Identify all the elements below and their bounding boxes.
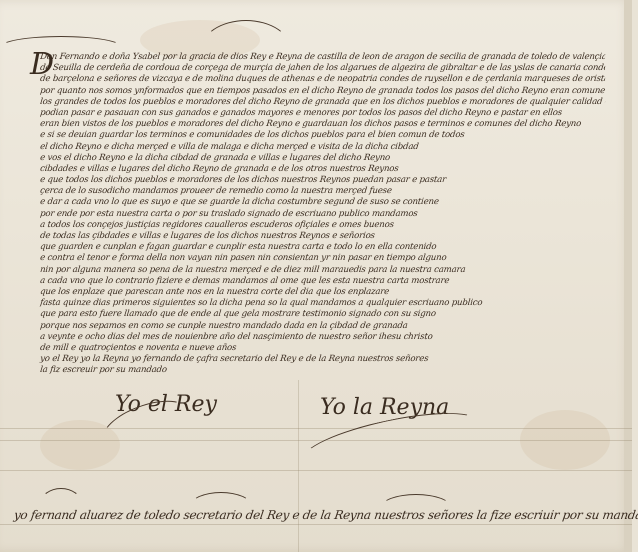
text-line: podian pasar e pasauan con sus ganados e… [39, 108, 605, 119]
fold-line [0, 440, 632, 441]
text-line: e si se deuian guardar los terminos e co… [39, 130, 605, 141]
text-line: eran bien vistos de los pueblos e morado… [39, 119, 605, 130]
text-line: por ende por esta nuestra carta o por su… [39, 209, 605, 220]
text-line: por quanto nos somos ynformados que en t… [39, 86, 605, 97]
secretary-subscription: yo fernand aluarez de toledo secretario … [13, 508, 638, 522]
text-line: de mill e quatroçientos e noventa e nuev… [39, 343, 605, 354]
manuscript-page: D Don Fernando e doña Ysabel por la grac… [0, 0, 632, 552]
text-line: el dicho Reyno e dicha merçed e villa de… [39, 142, 605, 153]
text-line: porque nos sepamos en como se cunple nue… [39, 321, 605, 332]
text-line: çerca de lo susodicho mandamos proueer d… [39, 186, 605, 197]
text-line: la fiz escreuir por su mandado [39, 365, 605, 376]
text-line: que guarden e cunplan e fagan guardar e … [39, 242, 605, 253]
text-line: de barçelona e señores de vizcaya e de m… [39, 74, 605, 85]
text-line: de todas las çibdades e villas e lugares… [39, 231, 605, 242]
text-line: a cada vno que lo contrario fiziere e de… [39, 276, 605, 287]
text-line: e contra el tenor e forma della non vaya… [39, 253, 605, 264]
fold-line [0, 428, 632, 429]
text-line: yo el Rey yo la Reyna yo fernando de çaf… [39, 354, 605, 365]
pen-flourish [40, 488, 82, 520]
text-line: a todos los conçejos justiçias regidores… [39, 220, 605, 231]
fold-line [0, 470, 632, 471]
text-line: e que todos los dichos pueblos e morador… [39, 175, 605, 186]
text-line: fasta quinze dias primeros siguientes so… [39, 298, 605, 309]
text-line: cibdades e villas e lugares del dicho Re… [39, 164, 605, 175]
text-line: e dar a cada vno lo que es suyo e que se… [39, 197, 605, 208]
pen-flourish [380, 494, 452, 522]
fold-line-vertical [298, 380, 299, 552]
text-line: que los enplaze que parescan ante nos en… [39, 287, 605, 298]
text-line: que para esto fuere llamado que de ende … [39, 309, 605, 320]
text-line: nin por alguna manera so pena de la nues… [39, 265, 605, 276]
pen-flourish [190, 492, 252, 520]
text-line: los grandes de todos los pueblos e morad… [39, 97, 605, 108]
text-line: a veynte e ocho dias del mes de nouienbr… [39, 332, 605, 343]
document-body: Don Fernando e doña Ysabel por la gracia… [40, 52, 605, 376]
fold-line [0, 524, 632, 525]
text-line: e vos el dicho Reyno e la dicha cibdad d… [39, 153, 605, 164]
text-line: Don Fernando e doña Ysabel por la gracia… [39, 52, 605, 63]
text-line: de Seuilla de cerdeña de cordoua de corç… [39, 63, 605, 74]
